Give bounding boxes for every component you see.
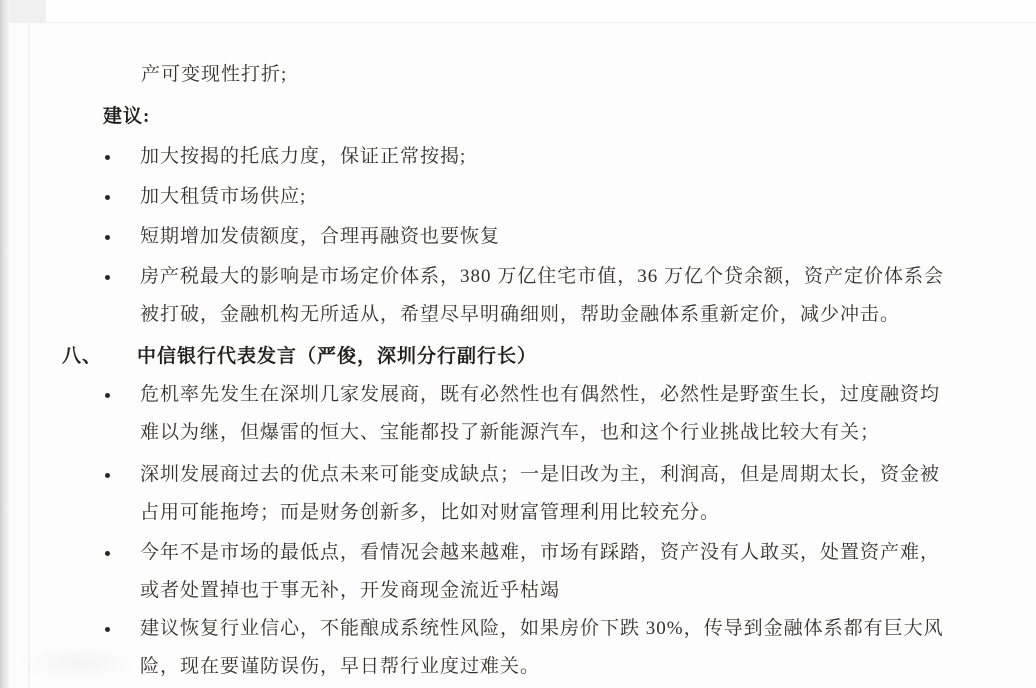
text-line: 房产税最大的影响是市场定价体系，380 万亿住宅市值，36 万亿个贷余额，资产定… (140, 258, 1036, 296)
bullet-icon (105, 551, 110, 556)
bullet-icon (105, 473, 110, 478)
bullet-item: 今年不是市场的最低点，看情况会越来越难，市场有踩踏，资产没有人敢买，处置资产难，… (0, 534, 1036, 610)
bullet-item: 建议恢复行业信心，不能酿成系统性风险，如果房价下跌 30%，传导到金融体系都有巨… (0, 610, 1036, 686)
bullet-item: 危机率先发生在深圳几家发展商，既有必然性也有偶然性，必然性是野蛮生长，过度融资均… (0, 376, 1036, 452)
text-line: 产可变现性打折; (141, 56, 1036, 94)
section-heading: 八、中信银行代表发言（严俊，深圳分行副行长） (0, 338, 1036, 376)
text-line: 加大租赁市场供应; (140, 178, 1036, 216)
bullet-item: 房产税最大的影响是市场定价体系，380 万亿住宅市值，36 万亿个贷余额，资产定… (0, 258, 1036, 334)
section-title: 中信银行代表发言（严俊，深圳分行副行长） (137, 338, 1036, 376)
section-number: 八、 (62, 338, 102, 376)
text-line: 危机率先发生在深圳几家发展商，既有必然性也有偶然性，必然性是野蛮生长，过度融资均 (140, 376, 1036, 414)
text-line: 占用可能拖垮；而是财务创新多，比如对财富管理利用比较充分。 (140, 494, 1036, 532)
document-body: 产可变现性打折;建议:加大按揭的托底力度，保证正常按揭;加大租赁市场供应;短期增… (0, 56, 1036, 686)
suggestions-label: 建议: (0, 98, 1036, 136)
scan-top-band (0, 0, 1036, 23)
document-page: 产可变现性打折;建议:加大按揭的托底力度，保证正常按揭;加大租赁市场供应;短期增… (0, 0, 1036, 688)
bullet-item: 短期增加发债额度，合理再融资也要恢复 (0, 218, 1036, 256)
bullet-icon (105, 393, 110, 398)
text-line: 被打破，金融机构无所适从，希望尽早明确细则，帮助金融体系重新定价，减少冲击。 (140, 296, 1036, 334)
bullet-item: 加大按揭的托底力度，保证正常按揭; (0, 138, 1036, 176)
bullet-icon (105, 235, 110, 240)
text-line: 建议: (103, 98, 1036, 136)
text-line: 短期增加发债额度，合理再融资也要恢复 (140, 218, 1036, 256)
text-line: 深圳发展商过去的优点未来可能变成缺点；一是旧改为主，利润高，但是周期太长，资金被 (140, 456, 1036, 494)
paragraph-continuation: 产可变现性打折; (0, 56, 1036, 94)
bullet-icon (105, 155, 110, 160)
text-line: 加大按揭的托底力度，保证正常按揭; (140, 138, 1036, 176)
bullet-icon (105, 195, 110, 200)
bullet-icon (105, 627, 110, 632)
text-line: 险，现在要谨防误伤，早日帮行业度过难关。 (140, 648, 1036, 686)
bullet-item: 加大租赁市场供应; (0, 178, 1036, 216)
text-line: 今年不是市场的最低点，看情况会越来越难，市场有踩踏，资产没有人敢买，处置资产难， (140, 534, 1036, 572)
text-line: 建议恢复行业信心，不能酿成系统性风险，如果房价下跌 30%，传导到金融体系都有巨… (140, 610, 1036, 648)
text-line: 或者处置掉也于事无补，开发商现金流近乎枯竭 (140, 572, 1036, 610)
bullet-icon (105, 275, 110, 280)
text-line: 难以为继，但爆雷的恒大、宝能都投了新能源汽车，也和这个行业挑战比较大有关； (140, 414, 1036, 452)
bullet-item: 深圳发展商过去的优点未来可能变成缺点；一是旧改为主，利润高，但是周期太长，资金被… (0, 456, 1036, 532)
